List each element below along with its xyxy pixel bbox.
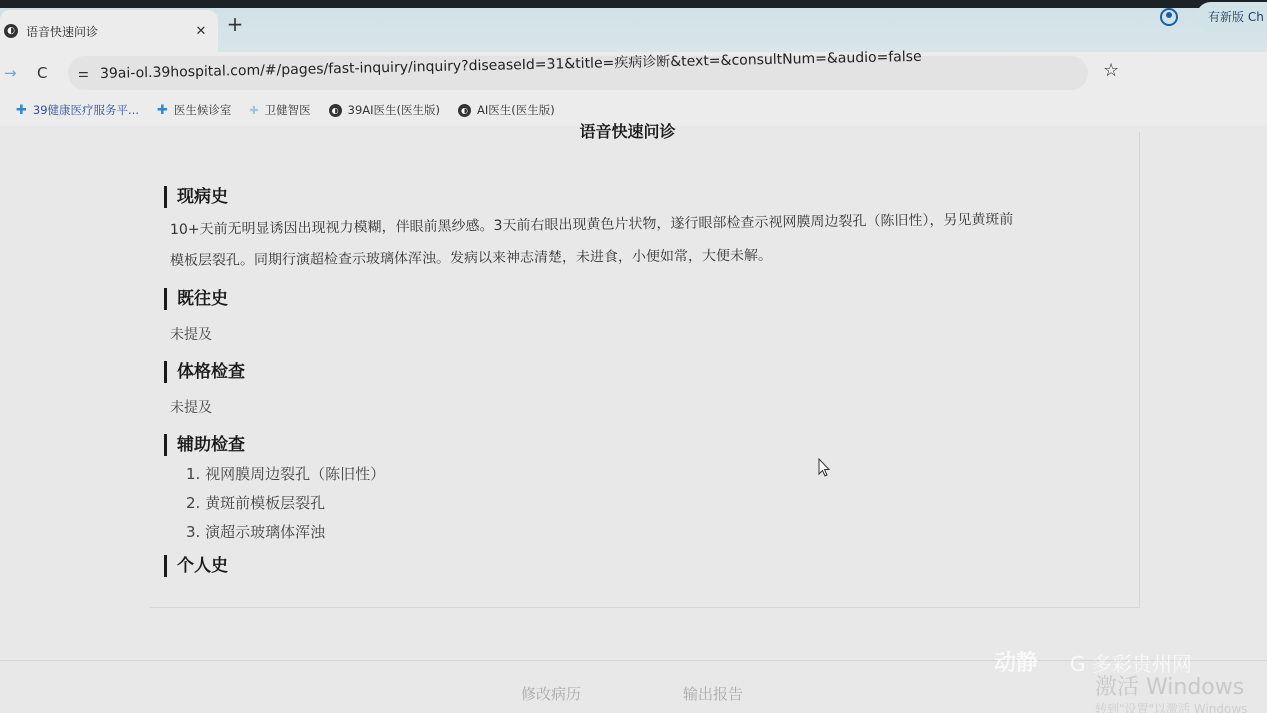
screen: ◐ 语音快速问诊 ✕ + → C ⚌ 39ai-ol.39hospital.co… [0,0,1267,713]
bookmark-label: 39健康医疗服务平... [33,102,139,118]
tab-title: 语音快速问诊 [26,23,190,40]
bookmark-doctor-waiting-room[interactable]: ✚ 医生候诊室 [157,102,231,118]
bookmark-ai-doctor[interactable]: ◐ AI医生(医生版) [458,102,555,118]
section-heading-auxiliary-exam: 辅助检查 [164,434,1124,456]
section-heading-present-illness: 现病史 [164,186,1124,208]
present-illness-text: 10+天前无明显诱因出现视力模糊，伴眼前黑纱感。3天前右眼出现黄色片状物，遂行眼… [164,220,1124,271]
bookmark-label: 医生候诊室 [174,102,232,118]
edit-record-button[interactable]: 修改病历 [521,683,581,704]
bookmark-label: 39AI医生(医生版) [348,102,440,118]
auxiliary-exam-list: 1. 视网膜周边裂孔（陈旧性） 2. 黄斑前模板层裂孔 3. 演超示玻璃体浑浊 [164,460,1124,547]
export-report-button[interactable]: 输出报告 [683,683,743,704]
list-item: 3. 演超示玻璃体浑浊 [186,518,1124,547]
medical-record: 现病史 10+天前无明显诱因出现视力模糊，伴眼前黑纱感。3天前右眼出现黄色片状物… [164,186,1124,577]
section-heading-physical-exam: 体格检查 [164,361,1124,383]
close-tab-icon[interactable]: ✕ [190,24,212,39]
watermark-g-logo-icon: G [1070,652,1092,676]
section-heading-past-history: 既往史 [164,288,1124,310]
plus-blue-icon: ✚ [16,103,27,118]
update-chrome-button[interactable]: 有新版 Ch [1196,2,1267,32]
bookmark-weijian-zhiyi[interactable]: ✚ 卫健智医 [249,102,310,118]
screen-bezel [0,0,1267,8]
url-text[interactable]: 39ai-ol.39hospital.com/#/pages/fast-inqu… [100,46,922,83]
windows-activation-hint: 转到"设置"以激活 Windows [1095,700,1247,713]
forward-button[interactable]: → [4,64,17,82]
site-settings-icon[interactable]: ⚌ [78,66,88,80]
physical-exam-text: 未提及 [164,398,1124,418]
new-tab-button[interactable]: + [224,12,246,36]
navigation-bar: → C ⚌ 39ai-ol.39hospital.com/#/pages/fas… [0,52,1267,94]
globe-icon: ◐ [329,104,342,117]
bookmark-39-health[interactable]: ✚ 39健康医疗服务平... [16,102,139,118]
watermark-dongjing: 动静 [994,646,1038,677]
globe-icon: ◐ [458,104,471,117]
bookmark-39ai-doctor[interactable]: ◐ 39AI医生(医生版) [329,102,440,118]
section-heading-personal-history: 个人史 [164,555,1124,577]
globe-icon: ◐ [4,24,18,38]
plus-blue-icon: ✚ [157,103,168,118]
profile-icon[interactable] [1160,8,1178,26]
list-item: 2. 黄斑前模板层裂孔 [186,489,1124,518]
bookmark-label: 卫健智医 [265,102,311,118]
address-bar[interactable]: ⚌ 39ai-ol.39hospital.com/#/pages/fast-in… [68,56,1088,90]
browser-tab[interactable]: ◐ 语音快速问诊 ✕ [0,10,218,52]
plus-light-icon: ✚ [249,104,258,117]
list-item: 1. 视网膜周边裂孔（陈旧性） [186,460,1124,489]
present-illness-line: 模板层裂孔。同期行演超检查示玻璃体浑浊。发病以来神志清楚，未进食，小便如常，大便… [170,243,1124,271]
mouse-cursor-icon [818,458,832,478]
bookmark-star-icon[interactable]: ☆ [1103,60,1119,81]
reload-button[interactable]: C [37,64,47,82]
past-history-text: 未提及 [164,325,1124,345]
windows-activation-notice: 激活 Windows [1095,670,1244,701]
bookmark-label: AI医生(医生版) [477,102,555,118]
tab-strip: ◐ 语音快速问诊 ✕ + [0,0,1267,52]
